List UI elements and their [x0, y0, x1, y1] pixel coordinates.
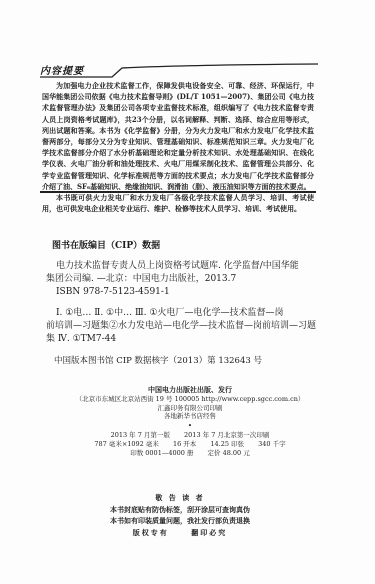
copyright-page: 内容提要 为加强电力企业技术监督工作，保障发供电设备安全、可靠、经济、环保运行，…: [0, 0, 375, 584]
separator-dot: •: [40, 421, 340, 431]
sheets: 14.25 印张: [210, 440, 244, 449]
reader-notice: 敬 告 读 者 本书封底贴有防伪标签，刮开涂层可查询真伪 本书如有印装质量问题，…: [95, 492, 265, 538]
edition-row: 2013 年 7 月第一版 2013 年 7 月北京第一次印刷: [40, 431, 340, 440]
print-run-row: 印数 0001—4000 册 定价 48.00 元: [40, 449, 340, 458]
kai: 16 开本: [173, 440, 196, 449]
summary-header: 内容提要: [40, 62, 318, 78]
cip-block: 图书在版编目（CIP）数据 电力技术监督专责人员上岗资格考试题库. 化学监督/中…: [46, 238, 316, 368]
cip-title: 图书在版编目（CIP）数据: [52, 238, 316, 252]
summary-divider: [40, 191, 316, 193]
rights-row: 版权专有 翻印必究: [95, 527, 265, 539]
words: 340 千字: [258, 440, 285, 449]
cip-classification: Ⅰ. ①电… Ⅱ. ①中… Ⅲ. ①火电厂—电化学—技术监督—岗: [46, 307, 316, 320]
publisher-address: （北京市东城区北京站西街 19 号 100005 http://www.cepp…: [40, 395, 340, 404]
notice-line: 本书封底贴有防伪标签，刮开涂层可查询真伪: [95, 504, 265, 516]
printing: 2013 年 7 月北京第一次印刷: [184, 431, 269, 440]
notice-line: 本书如有印装质量问题，我社发行部负责退换: [95, 515, 265, 527]
summary-title: 内容提要: [40, 62, 84, 77]
cip-number: 中国版本图书馆 CIP 数据核字（2013）第 132643 号: [46, 355, 316, 368]
publisher: 中国电力出版社出版、发行: [40, 386, 340, 395]
distributor: 各地新华书店经售: [40, 412, 340, 421]
edition: 2013 年 7 月第一版: [111, 431, 170, 440]
summary-paragraph: 为加强电力企业技术监督工作，保障发供电设备安全、可靠、经济、环保运行，中国华能集…: [42, 80, 314, 192]
format: 787 毫米×1092 毫米: [94, 440, 159, 449]
cip-description: 集团公司编. —北京：中国电力出版社，2013.7: [46, 273, 316, 286]
imprint-block: 中国电力出版社出版、发行 （北京市东城区北京站西街 19 号 100005 ht…: [40, 386, 340, 458]
summary-paragraph: 本书既可供火力发电厂和水力发电厂各级化学技术监督人员学习、培训、考试使用，也可供…: [42, 192, 314, 214]
cip-classification: 集 Ⅳ. ①TM7-44: [46, 333, 316, 346]
format-row: 787 毫米×1092 毫米 16 开本 14.25 印张 340 千字: [40, 440, 340, 449]
cip-isbn: ISBN 978-7-5123-4591-1: [46, 286, 316, 299]
rights-left: 版权专有: [133, 527, 169, 539]
cip-classification: 前培训—习题集②水力发电站—电化学—技术监督—岗前培训—习题: [46, 320, 316, 333]
rights-right: 翻印必究: [191, 527, 227, 539]
price: 定价 48.00 元: [208, 449, 250, 458]
notice-title: 敬 告 读 者: [95, 492, 265, 504]
print-run: 印数 0001—4000 册: [130, 449, 193, 458]
cip-description: 电力技术监督专责人员上岗资格考试题库. 化学监督/中国华能: [46, 260, 316, 273]
summary-body: 为加强电力企业技术监督工作，保障发供电设备安全、可靠、经济、环保运行，中国华能集…: [42, 80, 314, 214]
